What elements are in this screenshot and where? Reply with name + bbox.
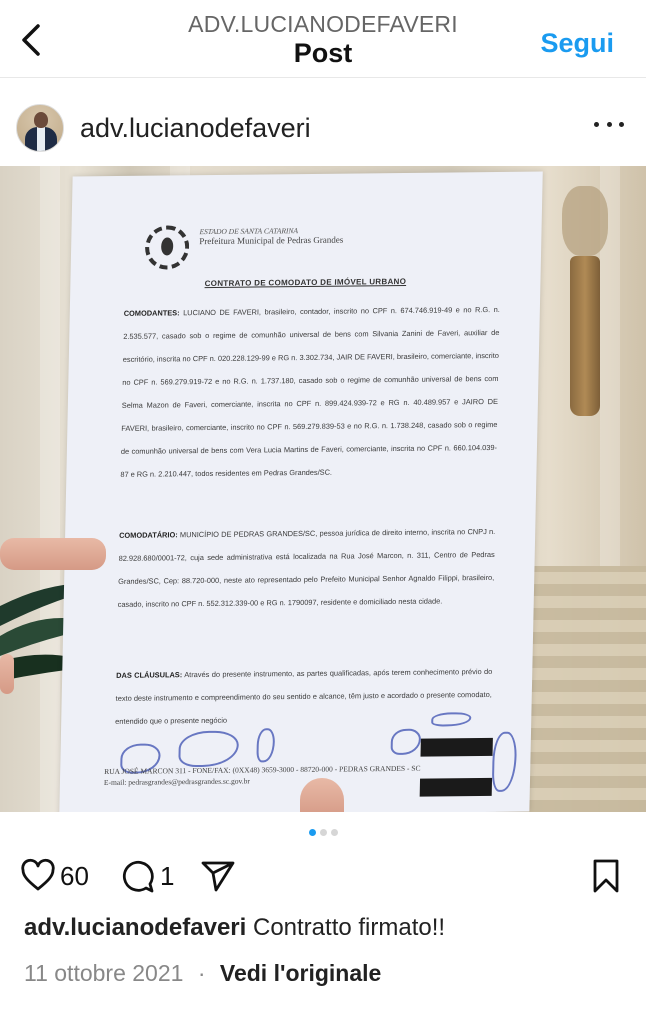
avatar-head-shape [34, 112, 48, 128]
like-button[interactable]: 60 [20, 858, 89, 894]
post-header: adv.lucianodefaveri [0, 78, 646, 166]
comment-button[interactable]: 1 [120, 858, 174, 894]
curtain-tieback [562, 186, 608, 256]
curtain-tassel [570, 256, 600, 416]
like-count[interactable]: 60 [60, 861, 89, 892]
signature [492, 732, 517, 792]
post-username[interactable]: adv.lucianodefaveri [80, 113, 311, 144]
doc-footer-email: E-mail: pedrasgrandes@pedrasgrandes.sc.g… [104, 774, 421, 788]
municipal-seal-icon [145, 225, 190, 269]
caption-username[interactable]: adv.lucianodefaveri [24, 914, 246, 941]
more-options-button[interactable] [594, 114, 624, 134]
post-photo[interactable]: ESTADO DE SANTA CATARINA Prefeitura Muni… [0, 166, 646, 812]
doc-comodantes-text: LUCIANO DE FAVERI, brasileiro, contador,… [120, 305, 500, 479]
ellipsis-icon [607, 122, 612, 127]
top-nav-bar: ADV.LUCIANODEFAVERI Post Segui [0, 0, 646, 78]
bookmark-icon [588, 858, 624, 894]
redaction-bar [420, 778, 492, 797]
avatar[interactable] [16, 104, 64, 152]
finger [0, 654, 14, 694]
follow-button[interactable]: Segui [540, 28, 614, 59]
doc-clausulas-label: DAS CLÁUSULAS: [116, 670, 182, 680]
post-caption: adv.lucianodefaveri Contratto firmato!! [24, 914, 445, 942]
avatar-shirt-shape [37, 127, 45, 152]
carousel-dot[interactable] [309, 829, 316, 836]
ellipsis-icon [594, 122, 599, 127]
carousel-dot[interactable] [331, 829, 338, 836]
doc-comodantes: COMODANTES: LUCIANO DE FAVERI, brasileir… [120, 298, 500, 486]
doc-comodatario: COMODATÁRIO: MUNICÍPIO DE PEDRAS GRANDES… [117, 520, 495, 616]
post-actions: 60 1 [0, 852, 646, 902]
finger [0, 538, 106, 570]
doc-prefecture: Prefeitura Municipal de Pedras Grandes [199, 235, 343, 247]
signature [391, 729, 422, 755]
ellipsis-icon [619, 122, 624, 127]
save-button[interactable] [588, 858, 624, 894]
redaction-bar [421, 738, 493, 757]
heart-icon [20, 858, 56, 894]
carousel-indicator [0, 829, 646, 836]
paper-plane-icon [200, 858, 236, 894]
carousel-dot[interactable] [320, 829, 327, 836]
see-original-link[interactable]: Vedi l'originale [220, 960, 381, 986]
signature [256, 728, 275, 762]
curtain-fold [40, 166, 60, 812]
doc-footer: RUA JOSÉ MARCON 311 - FONE/FAX: (0XX48) … [104, 763, 421, 788]
contract-document: ESTADO DE SANTA CATARINA Prefeitura Muni… [59, 172, 543, 812]
signature [178, 731, 239, 768]
meta-separator: · [198, 960, 206, 986]
doc-title: CONTRATO DE COMODATO DE IMÓVEL URBANO [70, 276, 540, 290]
caption-text: Contratto firmato!! [253, 914, 445, 941]
comment-bubble-icon [120, 858, 156, 894]
doc-comodantes-label: COMODANTES: [124, 308, 180, 318]
post-date: 11 ottobre 2021 [24, 960, 183, 986]
comment-count[interactable]: 1 [160, 861, 174, 892]
post-meta: 11 ottobre 2021 · Vedi l'originale [24, 960, 381, 987]
doc-comodatario-label: COMODATÁRIO: [119, 530, 178, 540]
share-button[interactable] [200, 858, 236, 894]
